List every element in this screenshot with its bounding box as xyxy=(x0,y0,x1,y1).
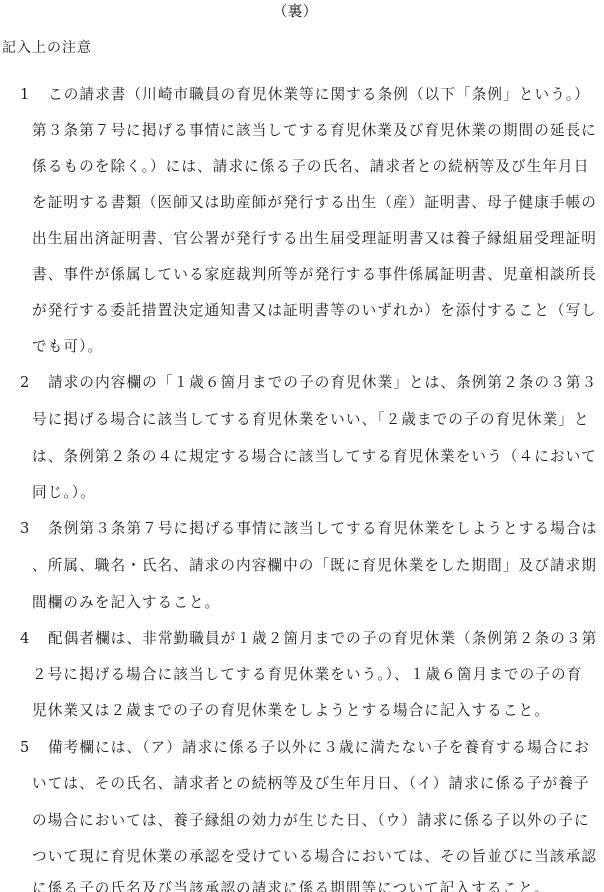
note-item-5-line-2: いては、その氏名、請求者との続柄等及び生年月日、（イ）請求に係る子が養子 xyxy=(32,773,604,795)
note-number: 2 xyxy=(20,372,48,394)
note-number: 5 xyxy=(20,737,48,759)
note-item-2-line-1: 2請求の内容欄の「１歳６箇月までの子の育児休業」とは、条例第２条の３第３ xyxy=(20,372,592,394)
note-item-1-line-4: を証明する書類（医師又は助産師が発行する出生（産）証明書、母子健康手帳の xyxy=(32,192,604,214)
note-item-1-line-5: 出生届出済証明書、官公署が発行する出生届受理証明書又は養子縁組届受理証明 xyxy=(32,228,604,250)
note-item-1-line-1: 1この請求書（川崎市職員の育児休業等に関する条例（以下「条例」という。） xyxy=(20,84,592,106)
note-text: 備考欄には、（ア）請求に係る子以外に３歳に満たない子を養育する場合にお xyxy=(48,739,590,756)
note-item-1-line-3: 係るものを除く。）には、請求に係る子の氏名、請求者との続柄等及び生年月日 xyxy=(32,156,604,178)
note-item-5-line-5: に係る子の氏名及び当該承認の請求に係る期間等について記入すること。 xyxy=(32,878,604,892)
note-text: 配偶者欄は、非常勤職員が１歳２箇月までの子の育児休業（条例第２条の３第 xyxy=(48,630,597,647)
note-item-2-line-4: 同じ。）。 xyxy=(32,482,604,504)
note-item-3-line-3: 間欄のみを記入すること。 xyxy=(32,592,604,614)
note-number: 4 xyxy=(20,628,48,650)
page-title: （裏） xyxy=(0,0,590,22)
note-item-1-line-6: 書、事件が係属している家庭裁判所等が発行する事件係属証明書、児童相談所長 xyxy=(32,264,604,286)
note-item-1-line-2: 第３条第７号に掲げる事情に該当してする育児休業及び育児休業の期間の延長に xyxy=(32,120,604,142)
note-item-2-line-3: は、条例第２条の４に規定する場合に該当してする育児休業をいう（４において xyxy=(32,446,604,468)
note-item-5-line-1: 5備考欄には、（ア）請求に係る子以外に３歳に満たない子を養育する場合にお xyxy=(20,737,592,759)
note-item-3-line-1: 3条例第３条第７号に掲げる事情に該当してする育児休業をしようとする場合は xyxy=(20,518,592,540)
note-text: 請求の内容欄の「１歳６箇月までの子の育児休業」とは、条例第２条の３第３ xyxy=(48,374,597,391)
note-item-4-line-2: ２号に掲げる場合に該当してする育児休業をいう。）、１歳６箇月までの子の育 xyxy=(32,664,604,686)
note-item-3-line-2: 、所属、職名・氏名、請求の内容欄中の「既に育児休業をした期間」及び請求期 xyxy=(32,555,604,577)
note-number: 3 xyxy=(20,518,48,540)
note-item-4-line-1: 4配偶者欄は、非常勤職員が１歳２箇月までの子の育児休業（条例第２条の３第 xyxy=(20,628,592,650)
section-heading: 記入上の注意 xyxy=(2,37,92,59)
note-number: 1 xyxy=(20,84,48,106)
note-item-1-line-8: でも可）。 xyxy=(32,336,604,358)
note-text: この請求書（川崎市職員の育児休業等に関する条例（以下「条例」という。） xyxy=(48,86,590,103)
note-text: 条例第３条第７号に掲げる事情に該当してする育児休業をしようとする場合は xyxy=(48,520,597,537)
note-item-1-line-7: が発行する委託措置決定通知書又は証明書等のいずれか）を添付すること（写し xyxy=(32,300,604,322)
note-item-5-line-4: ついて現に育児休業の承認を受けている場合においては、その旨並びに当該承認 xyxy=(32,846,604,868)
note-item-4-line-3: 児休業又は２歳までの子の育児休業をしようとする場合に記入すること。 xyxy=(32,700,604,722)
note-item-2-line-2: 号に掲げる場合に該当してする育児休業をいい、「２歳までの子の育児休業」と xyxy=(32,409,604,431)
note-item-5-line-3: の場合においては、養子縁組の効力が生じた日、（ウ）請求に係る子以外の子に xyxy=(32,810,604,832)
